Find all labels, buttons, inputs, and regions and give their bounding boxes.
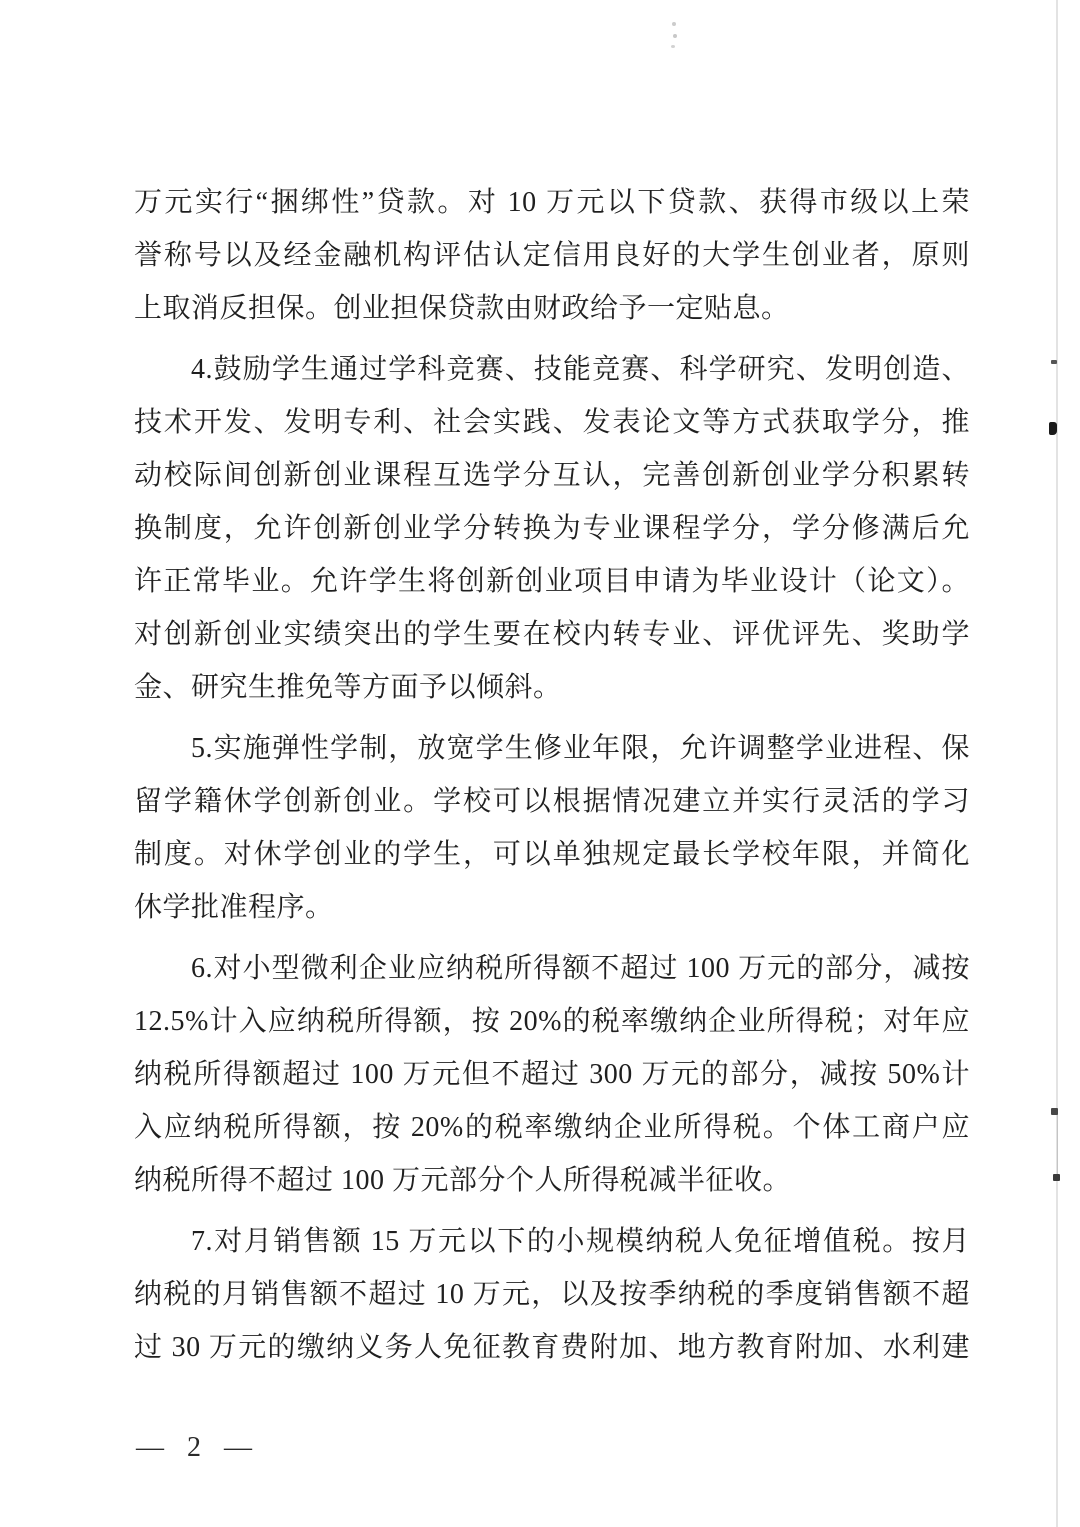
scan-speck bbox=[1051, 360, 1057, 364]
text-line: 许正常毕业。允许学生将创新创业项目申请为毕业设计（论文）。 bbox=[134, 555, 970, 608]
text-line: 金、研究生推免等方面予以倾斜。 bbox=[134, 661, 970, 714]
text-line: 制度。对休学创业的学生，可以单独规定最长学校年限，并简化 bbox=[134, 828, 970, 881]
text-line: 12.5%计入应纳税所得额，按 20%的税率缴纳企业所得税；对年应 bbox=[134, 995, 970, 1048]
text-line: 上取消反担保。创业担保贷款由财政给予一定贴息。 bbox=[134, 282, 970, 335]
text-line: 休学批准程序。 bbox=[134, 881, 970, 934]
text-line: 纳税所得不超过 100 万元部分个人所得税减半征收。 bbox=[134, 1154, 970, 1207]
scan-speck bbox=[671, 45, 675, 48]
text-line: 入应纳税所得额，按 20%的税率缴纳企业所得税。个体工商户应 bbox=[134, 1101, 970, 1154]
text-line: 誉称号以及经金融机构评估认定信用良好的大学生创业者，原则 bbox=[134, 229, 970, 282]
scan-speck bbox=[1049, 422, 1057, 435]
text-block: 万元实行“捆绑性”贷款。对 10 万元以下贷款、获得市级以上荣誉称号以及经金融机… bbox=[134, 176, 970, 1374]
scan-edge-segment bbox=[1057, 1112, 1058, 1178]
page-number: — 2 — bbox=[136, 1430, 260, 1466]
text-line: 纳税所得额超过 100 万元但不超过 300 万元的部分，减按 50%计 bbox=[134, 1048, 970, 1101]
text-line: 万元实行“捆绑性”贷款。对 10 万元以下贷款、获得市级以上荣 bbox=[134, 176, 970, 229]
text-line: 4.鼓励学生通过学科竞赛、技能竞赛、科学研究、发明创造、 bbox=[134, 343, 970, 396]
scan-speck bbox=[672, 22, 676, 26]
text-line: 技术开发、发明专利、社会实践、发表论文等方式获取学分，推 bbox=[134, 396, 970, 449]
scan-speck bbox=[1053, 1174, 1060, 1181]
text-line: 对创新创业实绩突出的学生要在校内转专业、评优评先、奖助学 bbox=[134, 608, 970, 661]
text-line: 动校际间创新创业课程互选学分互认，完善创新创业学分积累转 bbox=[134, 449, 970, 502]
text-line: 纳税的月销售额不超过 10 万元，以及按季纳税的季度销售额不超 bbox=[134, 1268, 970, 1321]
text-line: 过 30 万元的缴纳义务人免征教育费附加、地方教育附加、水利建 bbox=[134, 1321, 970, 1374]
page-edge-line bbox=[1056, 0, 1058, 1527]
document-page: 万元实行“捆绑性”贷款。对 10 万元以下贷款、获得市级以上荣誉称号以及经金融机… bbox=[0, 0, 1080, 1527]
text-line: 7.对月销售额 15 万元以下的小规模纳税人免征增值税。按月 bbox=[134, 1215, 970, 1268]
text-line: 换制度，允许创新创业学分转换为专业课程学分，学分修满后允 bbox=[134, 502, 970, 555]
scan-speck bbox=[1051, 1108, 1058, 1115]
text-line: 留学籍休学创新创业。学校可以根据情况建立并实行灵活的学习 bbox=[134, 775, 970, 828]
scan-speck bbox=[673, 34, 677, 38]
text-line: 5.实施弹性学制，放宽学生修业年限，允许调整学业进程、保 bbox=[134, 722, 970, 775]
text-line: 6.对小型微利企业应纳税所得额不超过 100 万元的部分，减按 bbox=[134, 942, 970, 995]
